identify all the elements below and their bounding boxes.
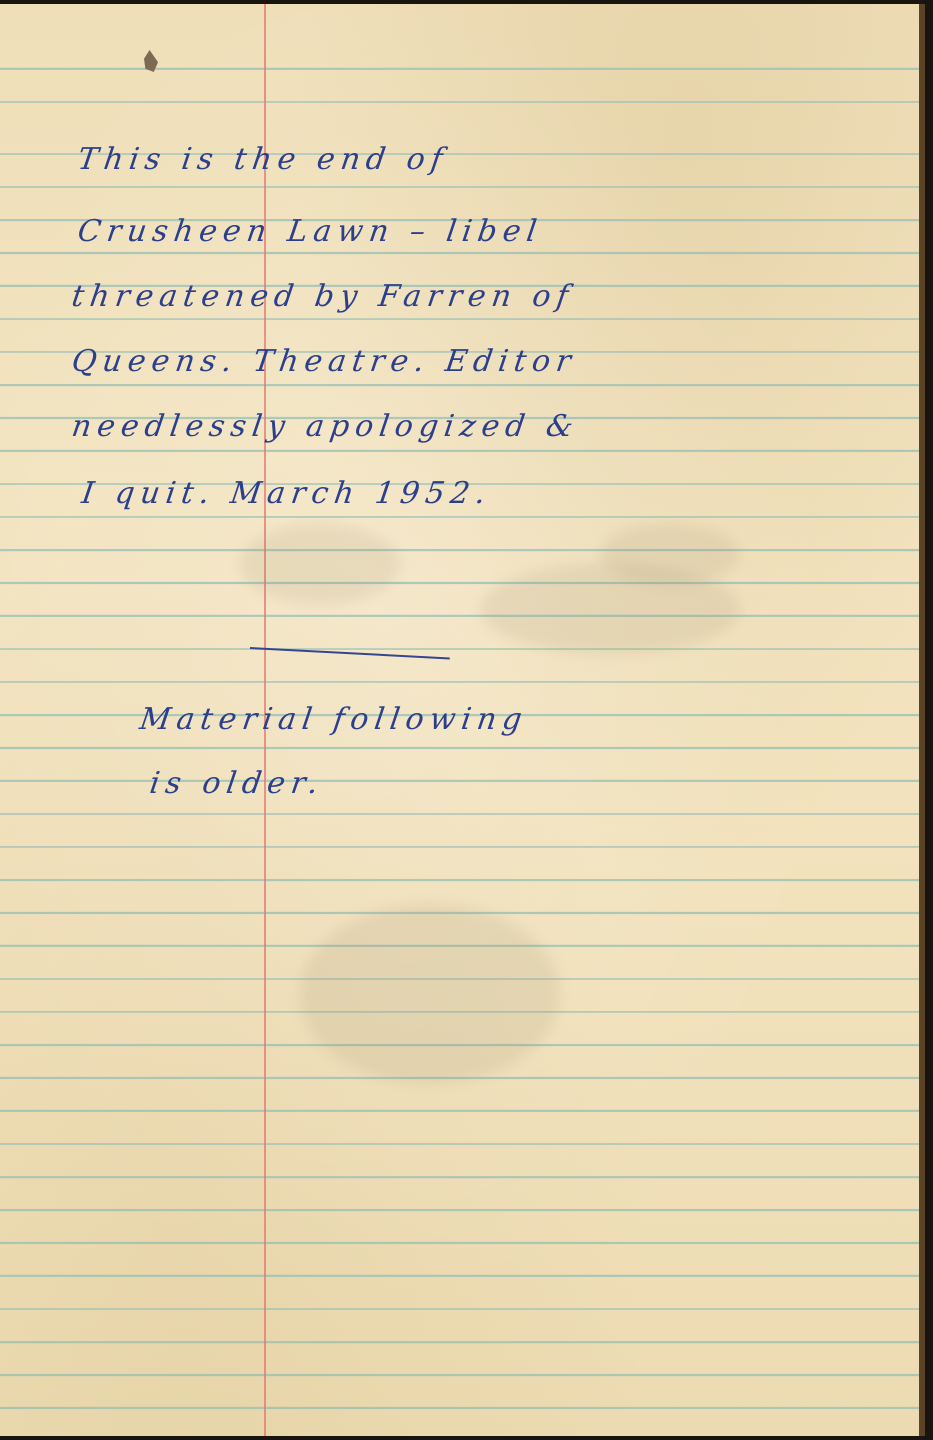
handwriting-line-6: I quit. March 1952. (80, 476, 494, 511)
ruled-lines (0, 64, 919, 1436)
stain (600, 524, 740, 584)
stain (300, 904, 560, 1084)
handwriting-line-1: This is the end of (76, 142, 451, 177)
note-line-2: is older. (148, 766, 327, 801)
notebook-page: This is the end of Crusheen Lawn – libel… (0, 4, 925, 1436)
note-line-1: Material following (138, 702, 531, 737)
handwriting-line-4: Queens. Theatre. Editor (70, 344, 579, 379)
handwriting-line-3: threatened by Farren of (70, 279, 577, 314)
stain (240, 524, 400, 604)
handwriting-line-5: needlessly apologized & (70, 409, 582, 444)
handwriting-line-2: Crusheen Lawn – libel (76, 214, 545, 249)
